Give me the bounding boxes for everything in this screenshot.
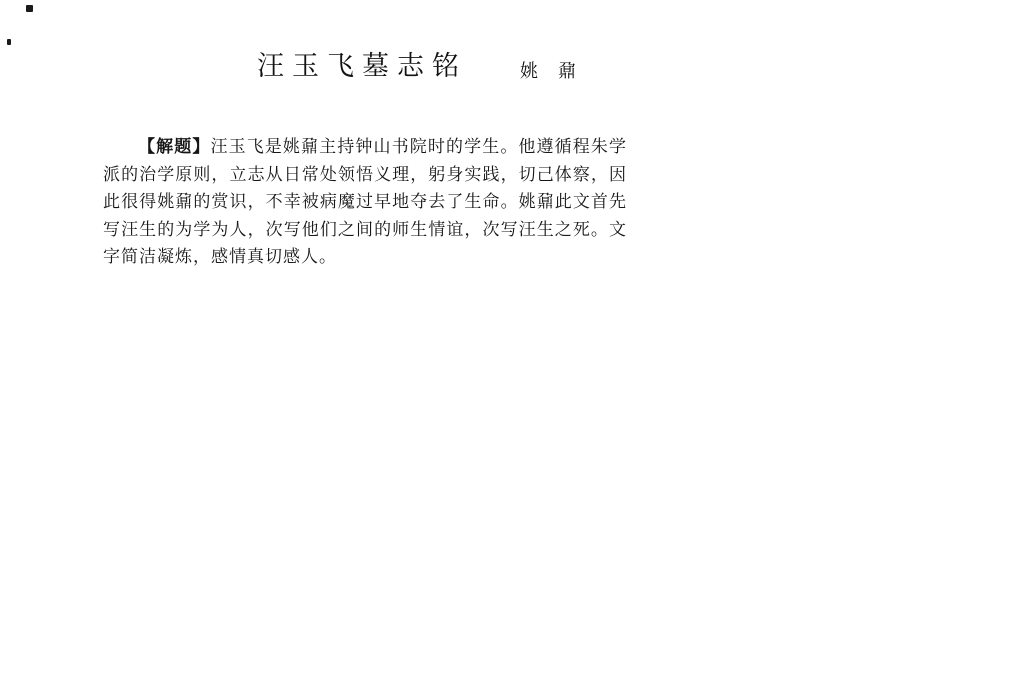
annotation-text: 汪玉飞是姚鼐主持钟山书院时的学生。他遵循程朱学 — [210, 137, 627, 156]
annotation-paragraph: 【解题】汪玉飞是姚鼐主持钟山书院时的学生。他遵循程朱学派的治学原则，立志从日常处… — [103, 133, 627, 271]
annotation-label: 【解题】 — [138, 137, 210, 156]
annotation-text: 写汪生的为学为人，次写他们之间的师生情谊，次写汪生之死。文 — [103, 220, 627, 239]
annotation-line: 写汪生的为学为人，次写他们之间的师生情谊，次写汪生之死。文 — [103, 216, 627, 244]
scan-artifact-speck — [26, 5, 33, 12]
author-name: 姚 鼐 — [520, 57, 577, 83]
annotation-text: 派的治学原则，立志从日常处领悟义理，躬身实践，切己体察，因 — [103, 165, 627, 184]
annotation-line: 字简洁凝炼，感情真切感人。 — [103, 243, 627, 271]
scan-artifact-speck — [7, 39, 11, 45]
annotation-text: 此很得姚鼐的赏识，不幸被病魔过早地夺去了生命。姚鼐此文首先 — [103, 192, 627, 211]
page-title: 汪玉飞墓志铭 — [257, 44, 467, 83]
annotation-line: 此很得姚鼐的赏识，不幸被病魔过早地夺去了生命。姚鼐此文首先 — [103, 188, 627, 216]
scanned-book-page: 汪玉飞墓志铭 姚 鼐 【解题】汪玉飞是姚鼐主持钟山书院时的学生。他遵循程朱学派的… — [0, 0, 1024, 693]
annotation-text: 字简洁凝炼，感情真切感人。 — [103, 247, 337, 266]
annotation-line: 派的治学原则，立志从日常处领悟义理，躬身实践，切己体察，因 — [103, 161, 627, 189]
annotation-line: 【解题】汪玉飞是姚鼐主持钟山书院时的学生。他遵循程朱学 — [103, 133, 627, 161]
